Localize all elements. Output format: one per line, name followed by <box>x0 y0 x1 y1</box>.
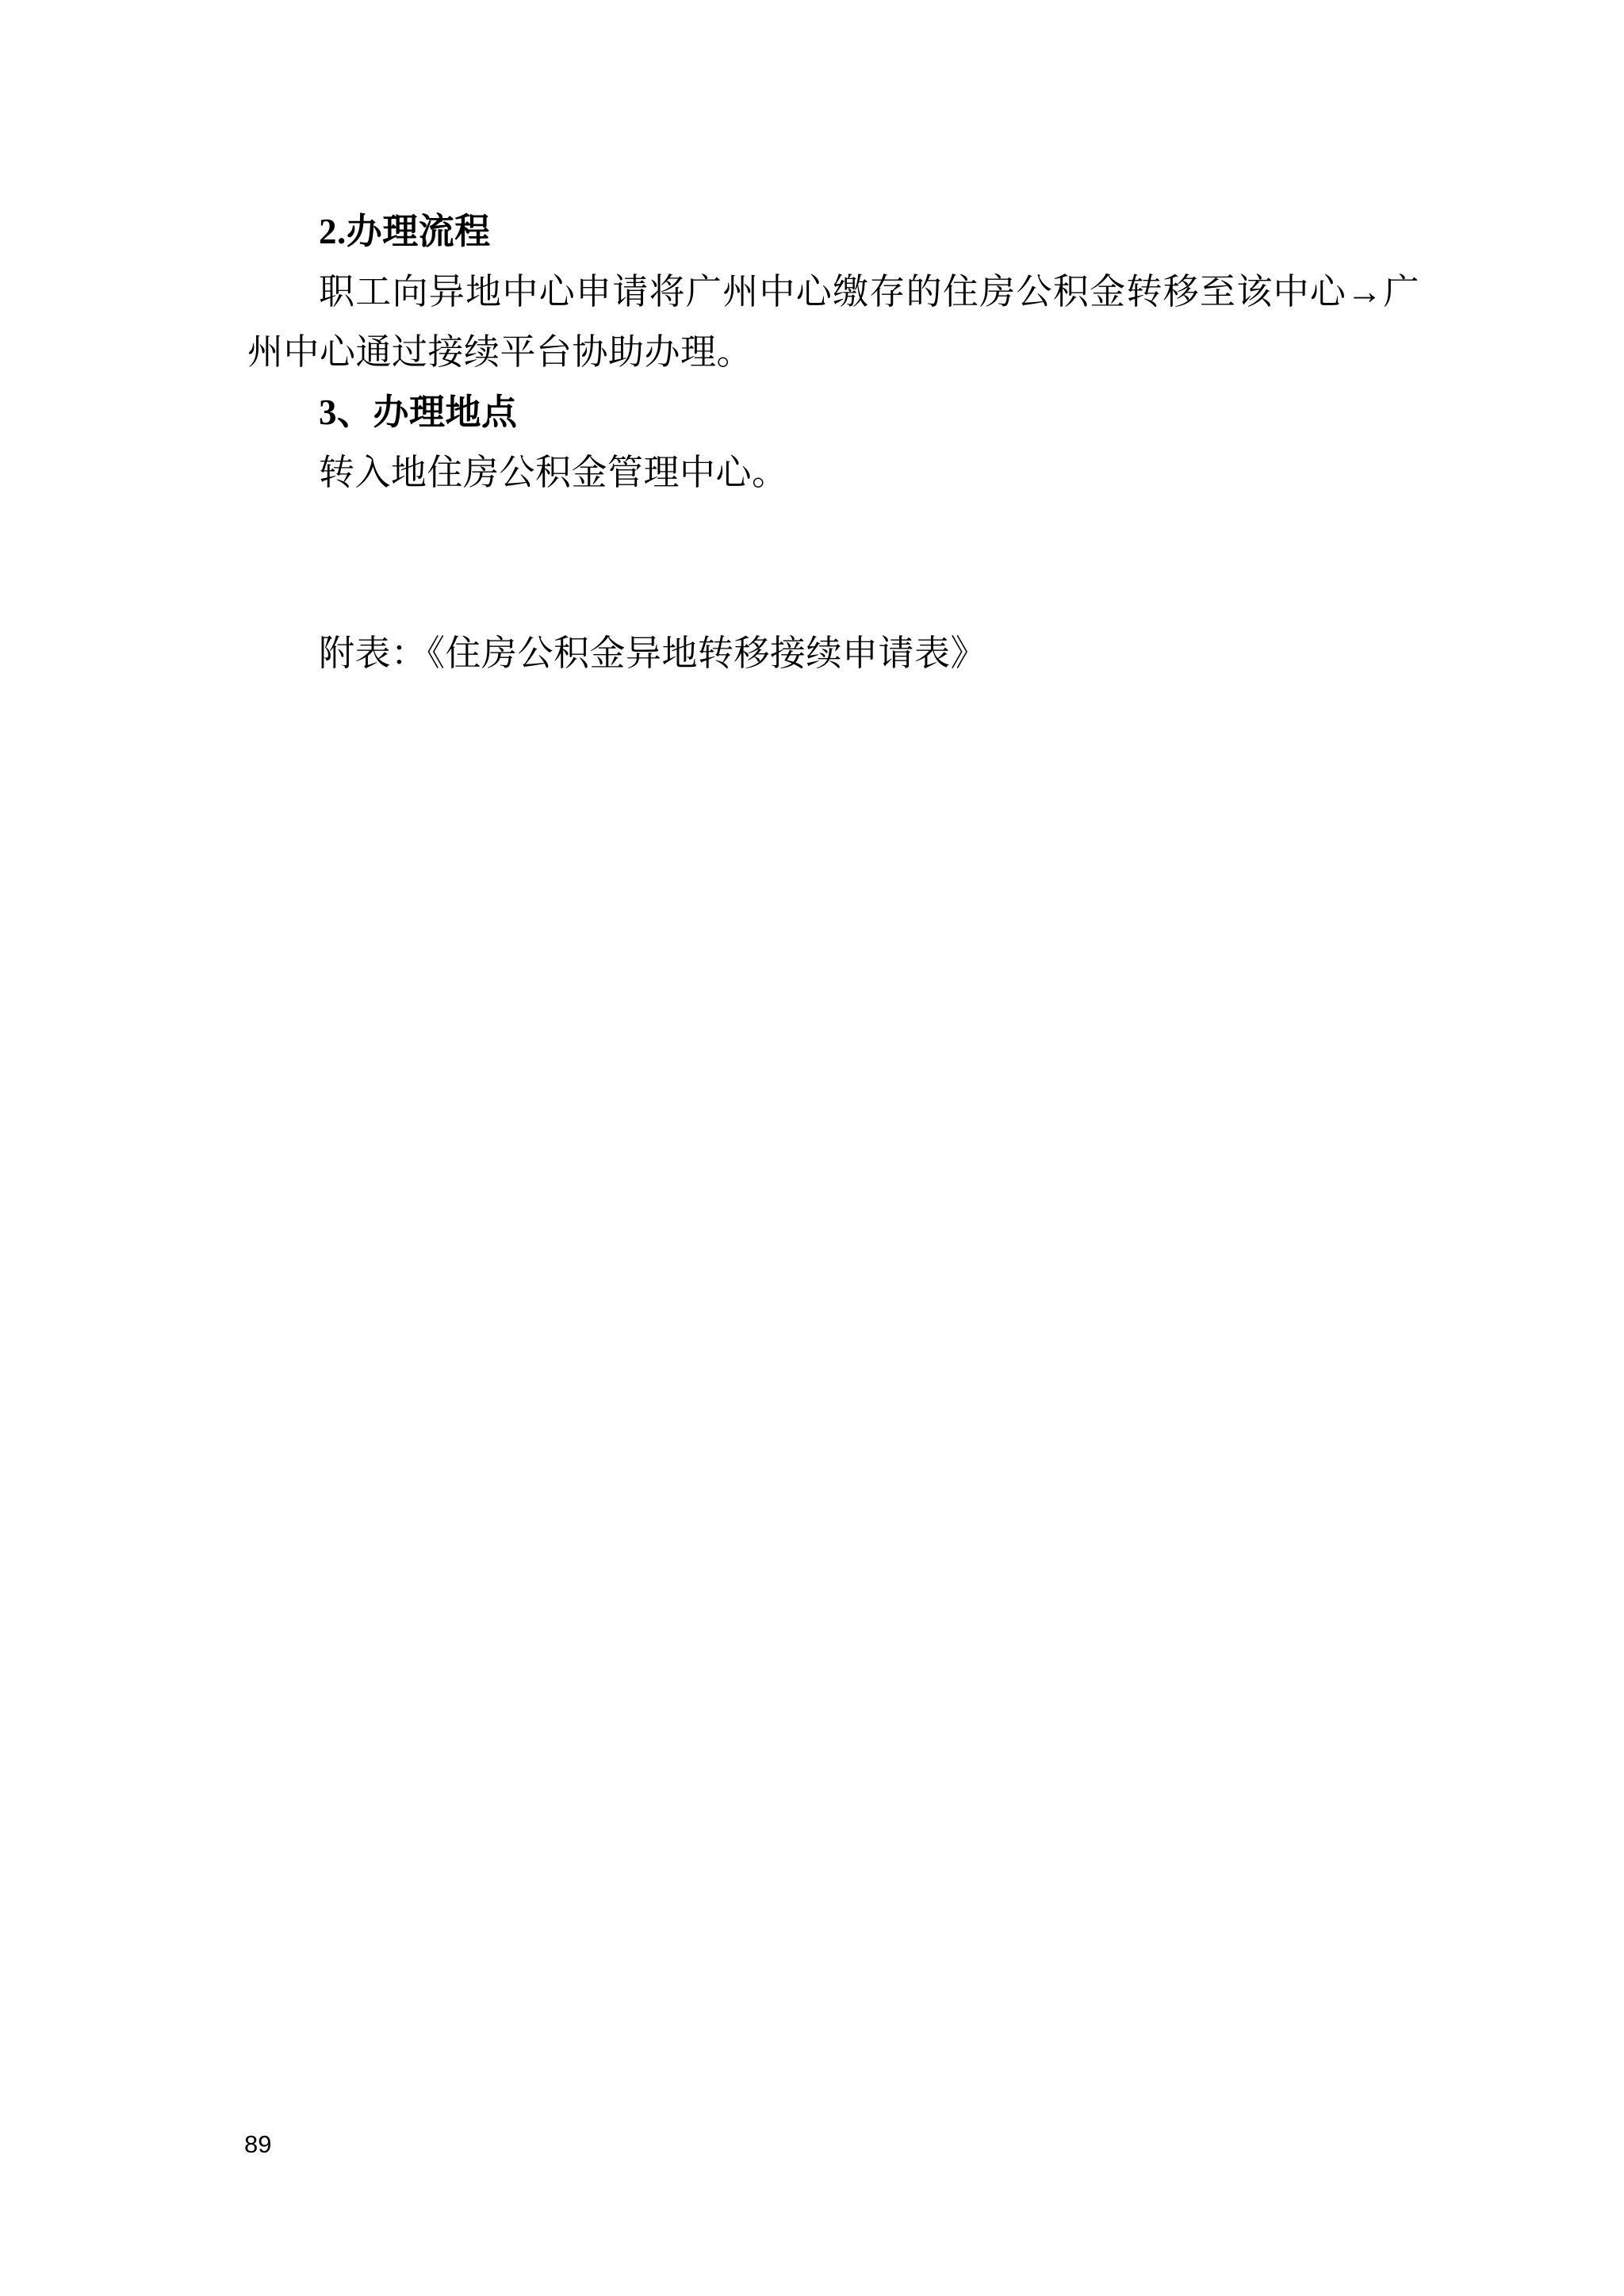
page-number: 89 <box>244 2131 271 2158</box>
section-heading-location: 3、办理地点 <box>247 382 1419 442</box>
section-process-paragraph: 职工向异地中心申请将广州中心缴存的住房公积金转移至该中心→广州中心通过接续平台协… <box>247 262 1419 382</box>
section-location-paragraph: 转入地住房公积金管理中心。 <box>247 442 1419 503</box>
document-body: 2.办理流程 职工向异地中心申请将广州中心缴存的住房公积金转移至该中心→广州中心… <box>247 201 1419 683</box>
appendix-note: 附表：《住房公积金异地转移接续申请表》 <box>247 623 1419 683</box>
section-heading-process: 2.办理流程 <box>247 201 1419 262</box>
document-page: 2.办理流程 职工向异地中心申请将广州中心缴存的住房公积金转移至该中心→广州中心… <box>0 0 1624 2296</box>
